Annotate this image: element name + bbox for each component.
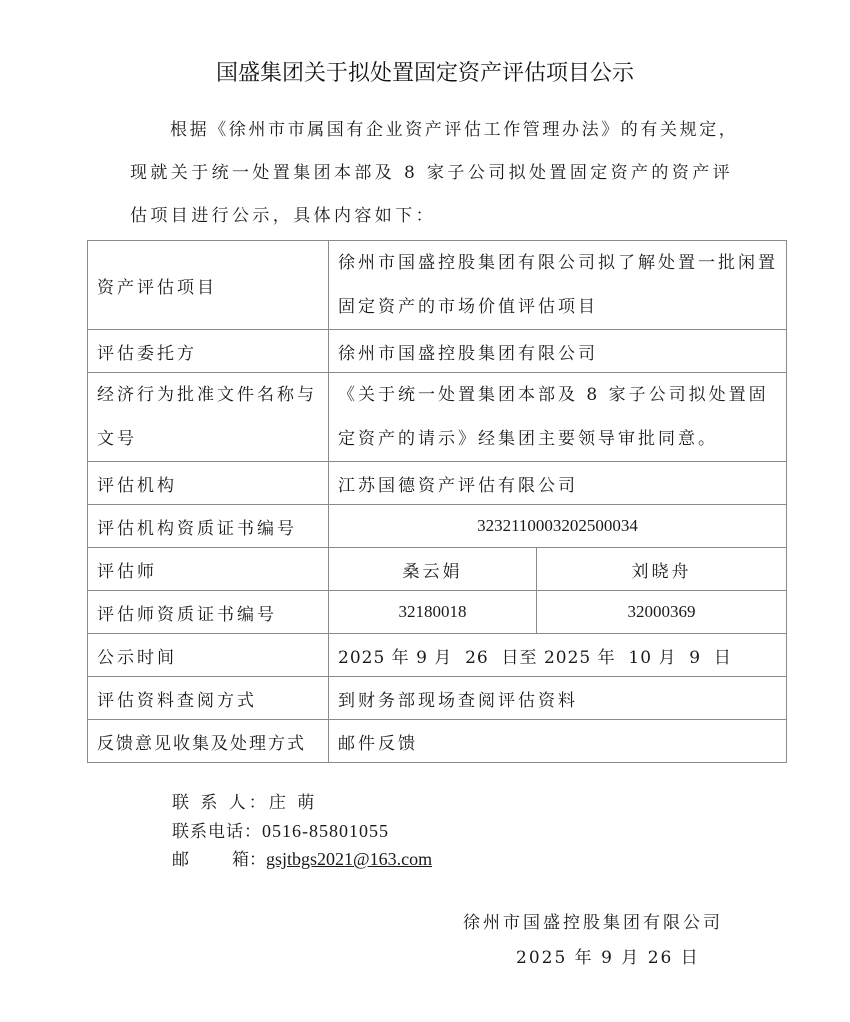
row-value: 徐州市国盛控股集团有限公司拟了解处置一批闲置固定资产的市场价值评估项目	[329, 241, 787, 330]
row-value: 《关于统一处置集团本部及 8 家子公司拟处置固定资产的请示》经集团主要领导审批同…	[329, 373, 787, 462]
row-label: 公示时间	[88, 634, 329, 677]
contact-email-label-2: 箱：	[232, 850, 266, 870]
intro-line-2: 现就关于统一处置集团本部及 8 家子公司拟处置固定资产的资产评	[130, 161, 733, 185]
contact-phone: 联系电话：0516-85801055	[172, 820, 389, 843]
row-value: 到财务部现场查阅评估资料	[329, 677, 787, 720]
row-value: 3232110003202500034	[329, 505, 787, 548]
assessment-info-table: 资产评估项目 徐州市国盛控股集团有限公司拟了解处置一批闲置固定资产的市场价值评估…	[87, 240, 787, 763]
signature-date: 2025 年 9 月 26 日	[516, 943, 700, 968]
appraiser-2-cert: 32000369	[537, 591, 787, 634]
appraiser-2: 刘晓舟	[537, 548, 787, 591]
contact-email: 邮箱：gsjtbgs2021@163.com	[172, 848, 432, 871]
table-row: 反馈意见收集及处理方式 邮件反馈	[88, 720, 787, 763]
table-row: 评估师 桑云娟 刘晓舟	[88, 548, 787, 591]
row-value: 江苏国德资产评估有限公司	[329, 462, 787, 505]
table-row: 评估机构 江苏国德资产评估有限公司	[88, 462, 787, 505]
row-label: 评估机构资质证书编号	[88, 505, 329, 548]
contact-email-label-1: 邮	[172, 849, 232, 871]
row-label: 反馈意见收集及处理方式	[88, 720, 329, 763]
row-label: 资产评估项目	[88, 241, 329, 330]
contact-phone-number: 0516-85801055	[262, 821, 389, 841]
row-value: 邮件反馈	[329, 720, 787, 763]
row-label: 经济行为批准文件名称与文号	[88, 373, 329, 462]
row-label: 评估师	[88, 548, 329, 591]
contact-email-link[interactable]: gsjtbgs2021@163.com	[266, 849, 432, 869]
publicity-period: 2025 年 9 月 26 日至 2025 年 10 月 9 日	[329, 634, 787, 677]
contact-person-name: 庄 萌	[269, 793, 317, 813]
table-row: 评估委托方 徐州市国盛控股集团有限公司	[88, 330, 787, 373]
table-row: 资产评估项目 徐州市国盛控股集团有限公司拟了解处置一批闲置固定资产的市场价值评估…	[88, 241, 787, 330]
table-row: 评估机构资质证书编号 3232110003202500034	[88, 505, 787, 548]
table-row: 经济行为批准文件名称与文号 《关于统一处置集团本部及 8 家子公司拟处置固定资产…	[88, 373, 787, 462]
row-label: 评估委托方	[88, 330, 329, 373]
table-row: 评估师资质证书编号 32180018 32000369	[88, 591, 787, 634]
row-value: 徐州市国盛控股集团有限公司	[329, 330, 787, 373]
signature-organization: 徐州市国盛控股集团有限公司	[463, 908, 723, 933]
appraiser-1-cert: 32180018	[329, 591, 537, 634]
document-title: 国盛集团关于拟处置固定资产评估项目公示	[0, 56, 850, 87]
intro-line-1: 根据《徐州市市属国有企业资产评估工作管理办法》的有关规定，	[170, 118, 738, 142]
contact-person: 联 系 人：庄 萌	[172, 792, 317, 814]
intro-line-3: 估项目进行公示，具体内容如下：	[130, 204, 436, 228]
row-label: 评估师资质证书编号	[88, 591, 329, 634]
appraiser-1: 桑云娟	[329, 548, 537, 591]
contact-person-label: 联 系 人：	[172, 793, 269, 813]
row-label: 评估资料查阅方式	[88, 677, 329, 720]
contact-phone-label: 联系电话：	[172, 822, 262, 842]
row-label: 评估机构	[88, 462, 329, 505]
table-row: 评估资料查阅方式 到财务部现场查阅评估资料	[88, 677, 787, 720]
table-row: 公示时间 2025 年 9 月 26 日至 2025 年 10 月 9 日	[88, 634, 787, 677]
